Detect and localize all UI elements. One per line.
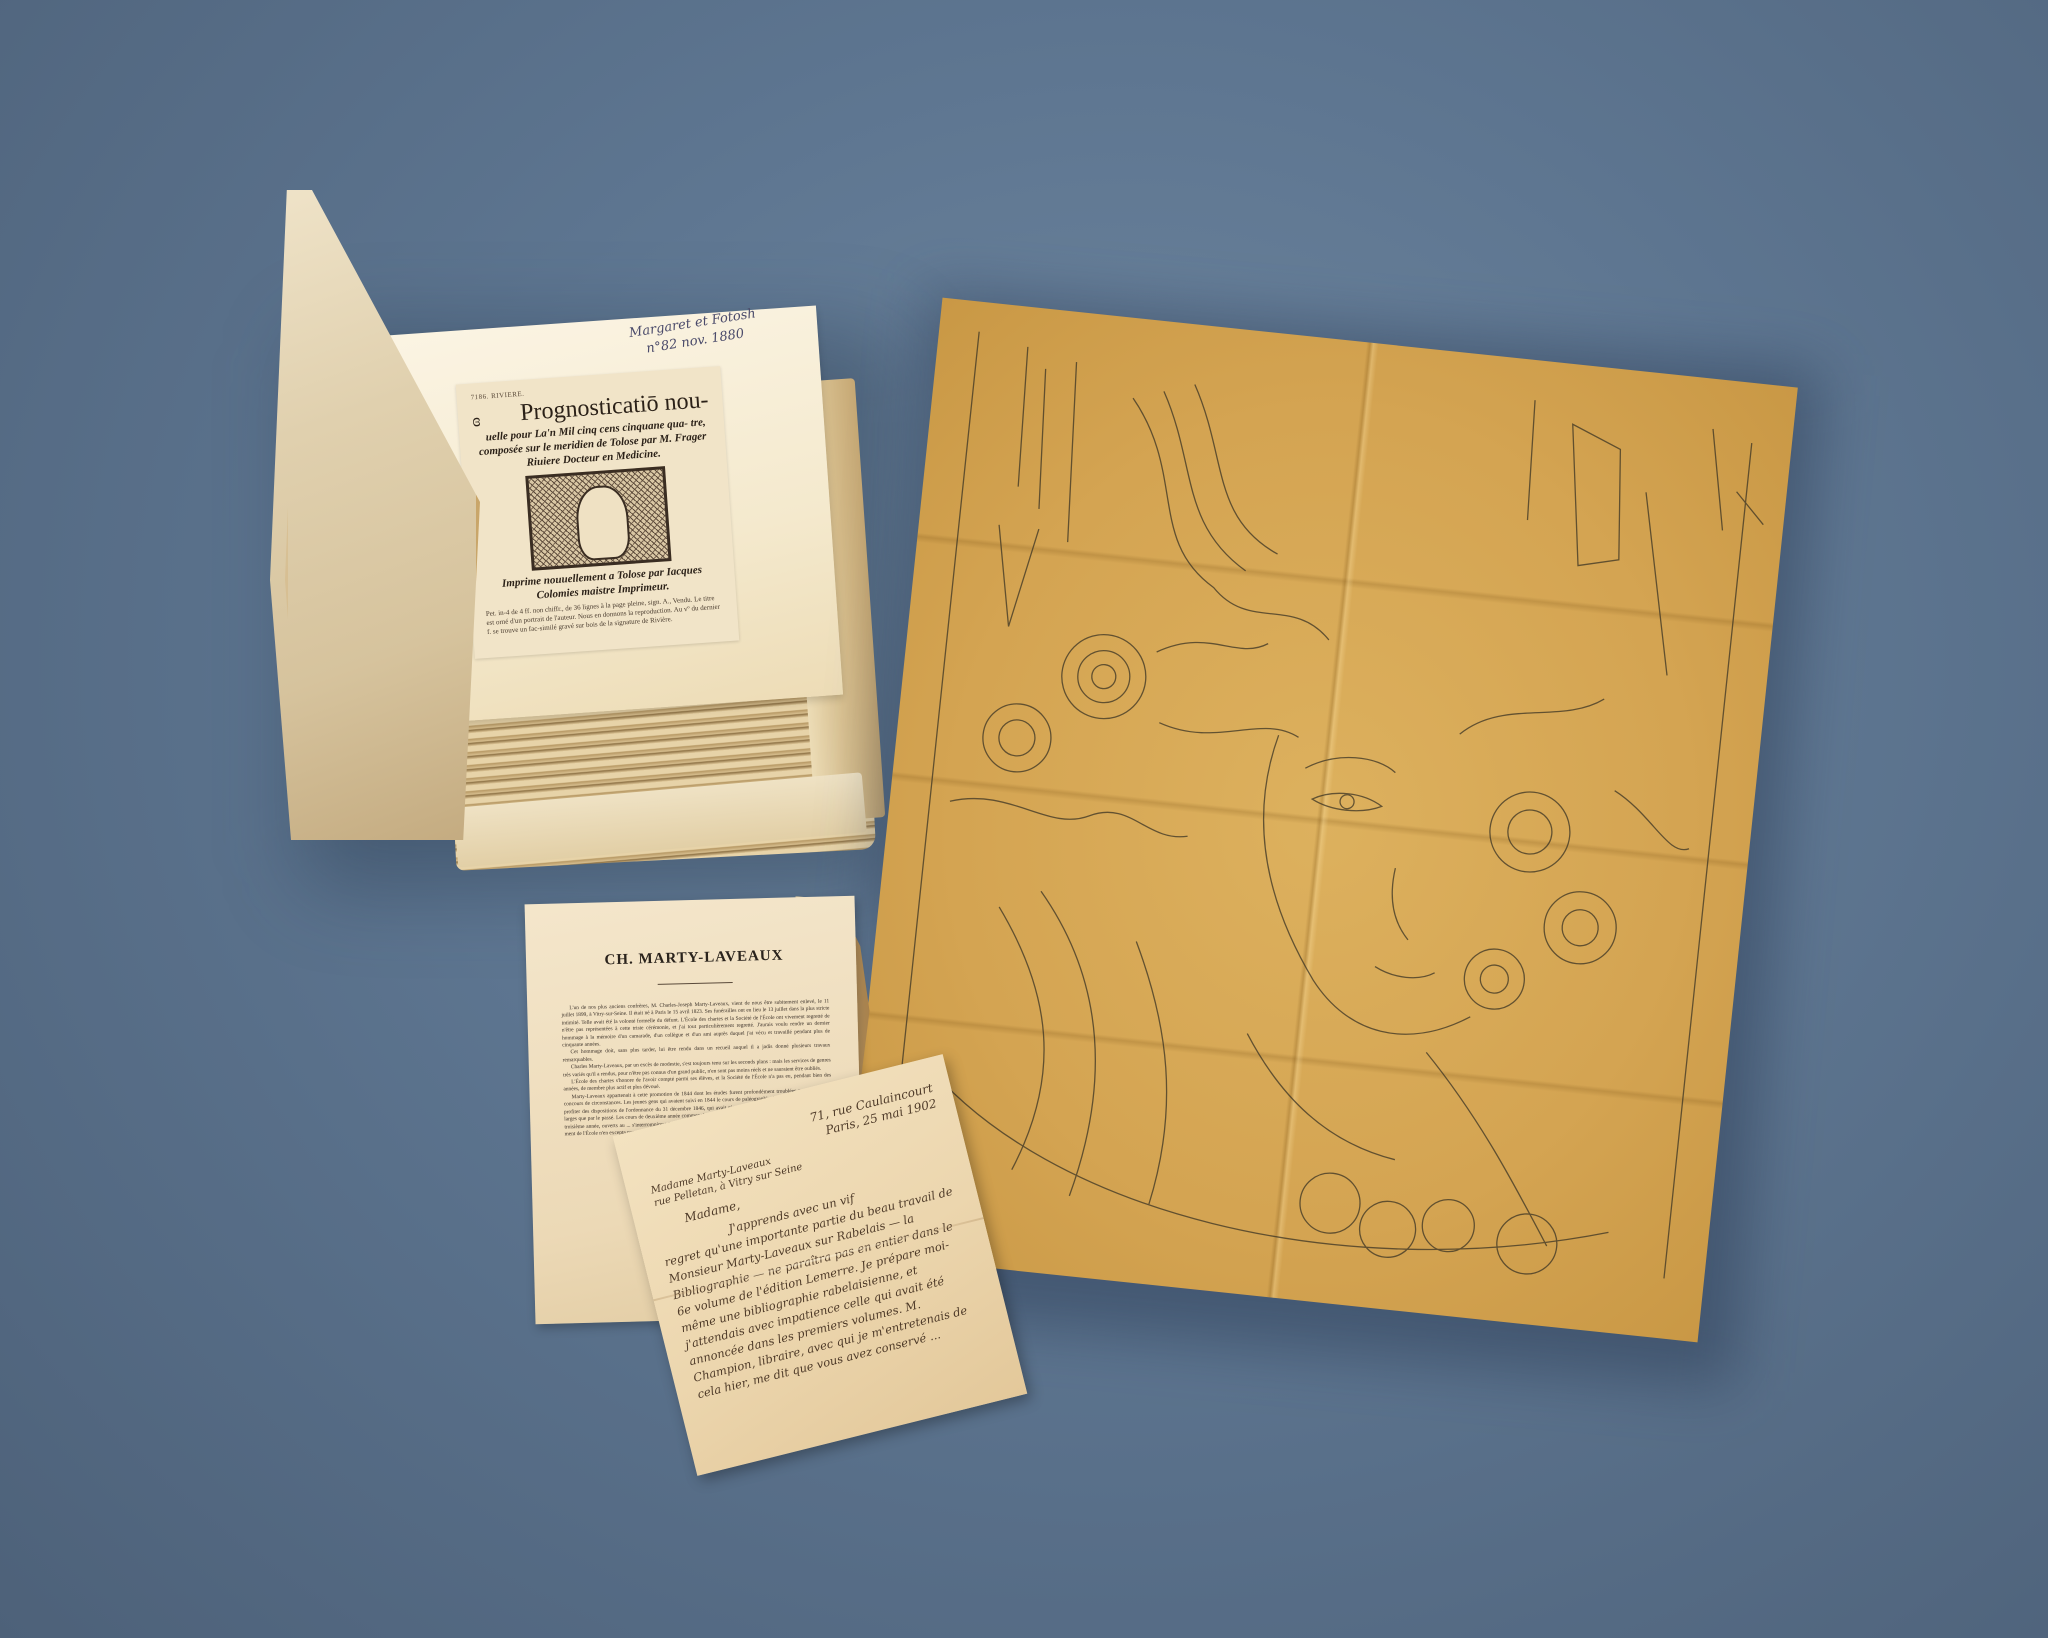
fleuron-icon: ɞ — [471, 407, 481, 433]
notice-divider — [657, 982, 732, 985]
prognostication-facsimile: 7186. RIVIERE. ɞ Prognosticatiō nou- uel… — [456, 366, 740, 659]
letter-body: J'apprends avec un vif regret qu'une imp… — [659, 1165, 993, 1403]
vellum-cover-edge — [285, 190, 485, 840]
notice-title: CH. MARTY-LAVEAUX — [560, 946, 828, 970]
pencil-drawing-image — [842, 298, 1798, 1343]
woodcut-portrait-image — [525, 466, 671, 571]
tracing-paper-drawing — [842, 298, 1798, 1343]
notice-paragraph: L'un de nos plus anciens confrères, M. C… — [561, 998, 830, 1049]
